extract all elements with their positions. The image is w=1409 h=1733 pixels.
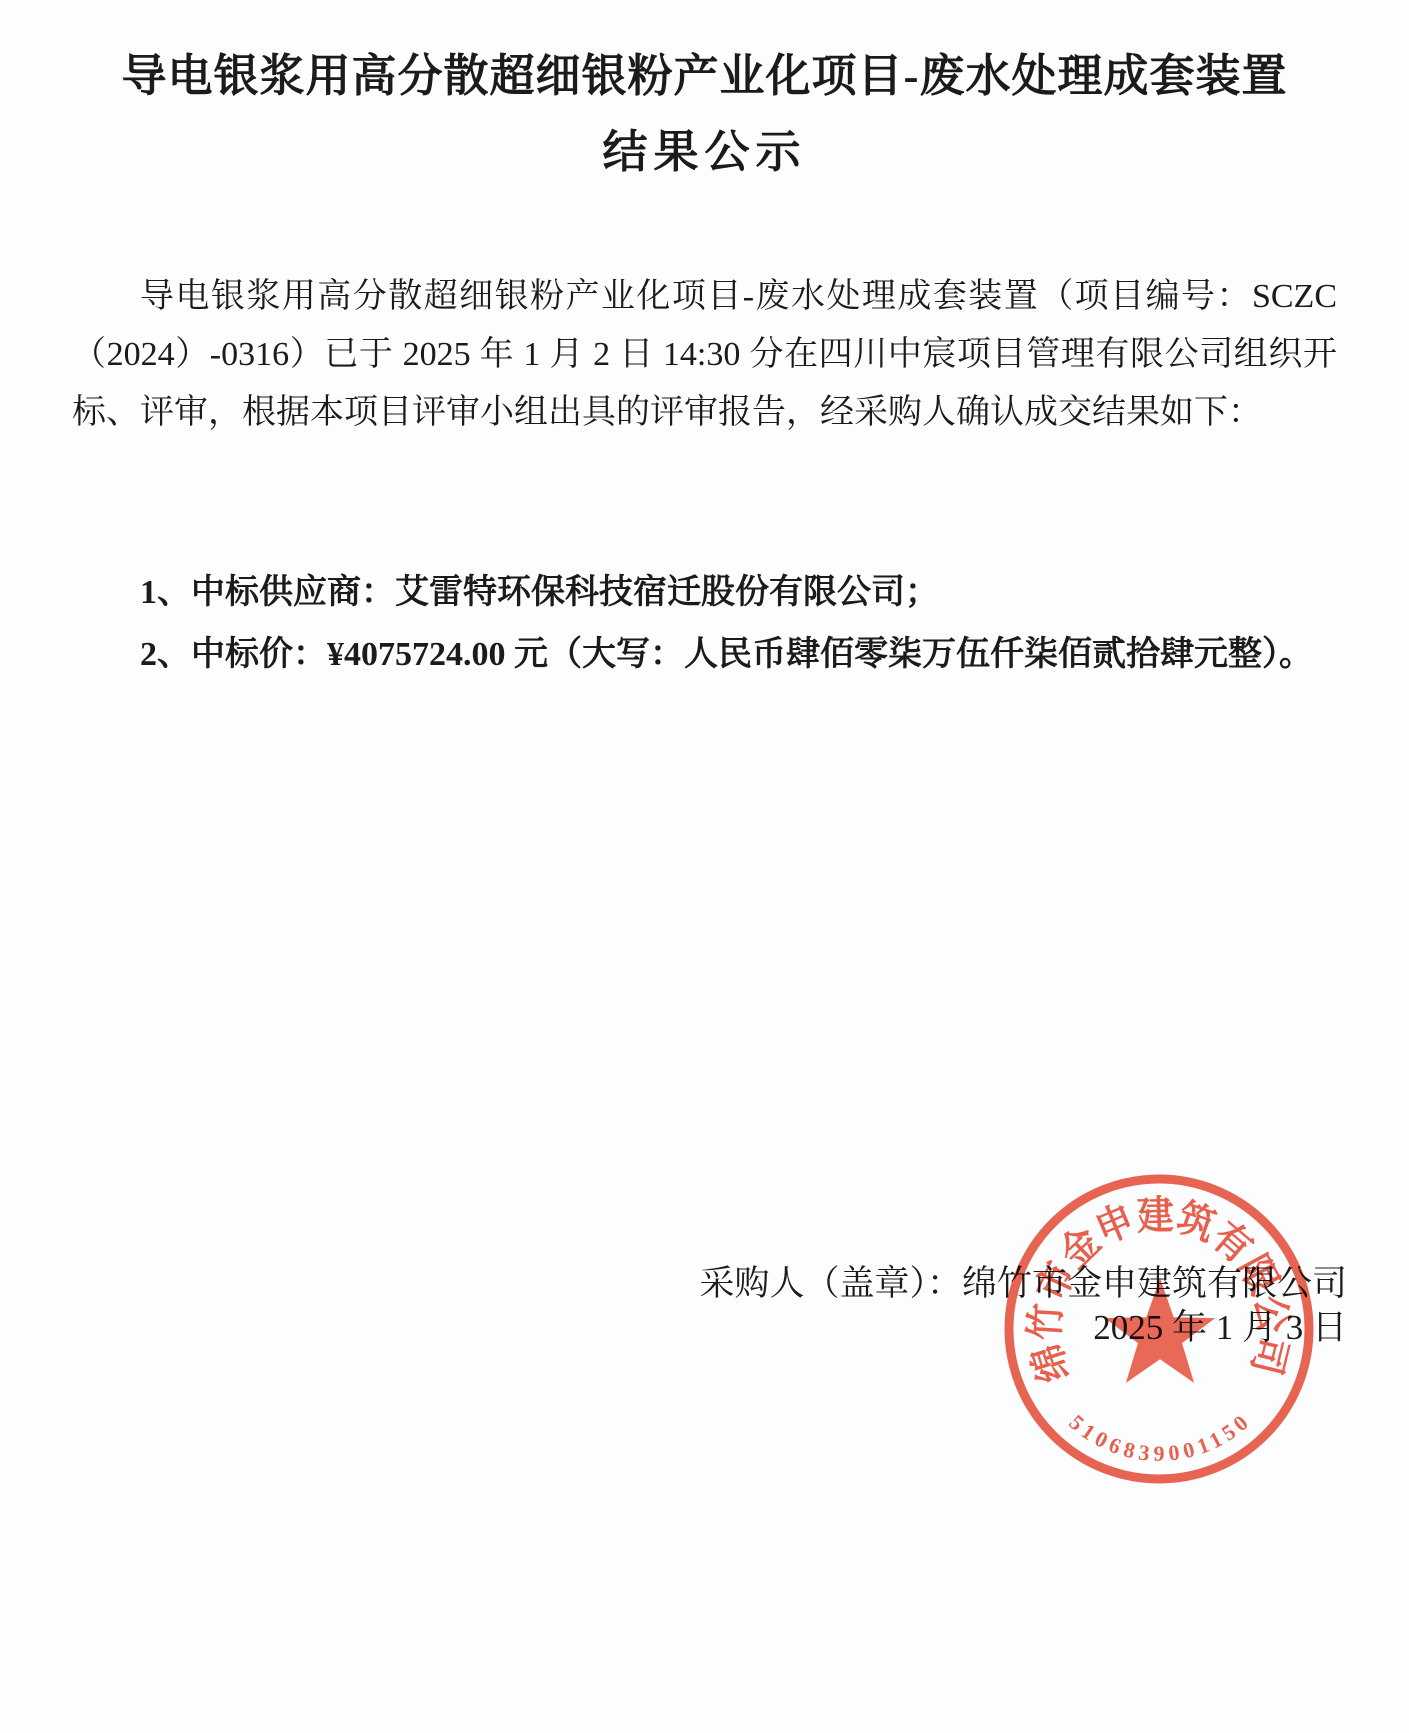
purchaser-label: 采购人（盖章）： [699, 1264, 962, 1303]
intro-paragraph: 导电银浆用高分散超细银粉产业化项目-废水处理成套装置（项目编号：SCZC（202… [72, 268, 1337, 442]
purchaser-signature-line: 采购人（盖章）：绵竹市金申建筑有限公司 [699, 1262, 1347, 1306]
document-page: 导电银浆用高分散超细银粉产业化项目-废水处理成套装置 结果公示 导电银浆用高分散… [0, 0, 1409, 1733]
signature-date: 2025 年 1 月 3 日 [699, 1306, 1347, 1350]
result-item-supplier: 1、中标供应商：艾雷特环保科技宿迁股份有限公司； [72, 562, 1337, 624]
signature-block: 采购人（盖章）：绵竹市金申建筑有限公司 2025 年 1 月 3 日 [699, 1262, 1347, 1350]
seal-serial-number: 5106839001150 [1064, 1409, 1252, 1466]
document-title-line1: 导电银浆用高分散超细银粉产业化项目-废水处理成套装置 [60, 40, 1349, 112]
result-item-price: 2、中标价：¥4075724.00 元（大写：人民币肆佰零柒万伍仟柒佰贰拾肆元整… [72, 624, 1337, 686]
purchaser-company: 绵竹市金申建筑有限公司 [962, 1264, 1347, 1303]
svg-text:5106839001150: 5106839001150 [1064, 1409, 1252, 1466]
document-title-line2: 结果公示 [60, 116, 1349, 188]
